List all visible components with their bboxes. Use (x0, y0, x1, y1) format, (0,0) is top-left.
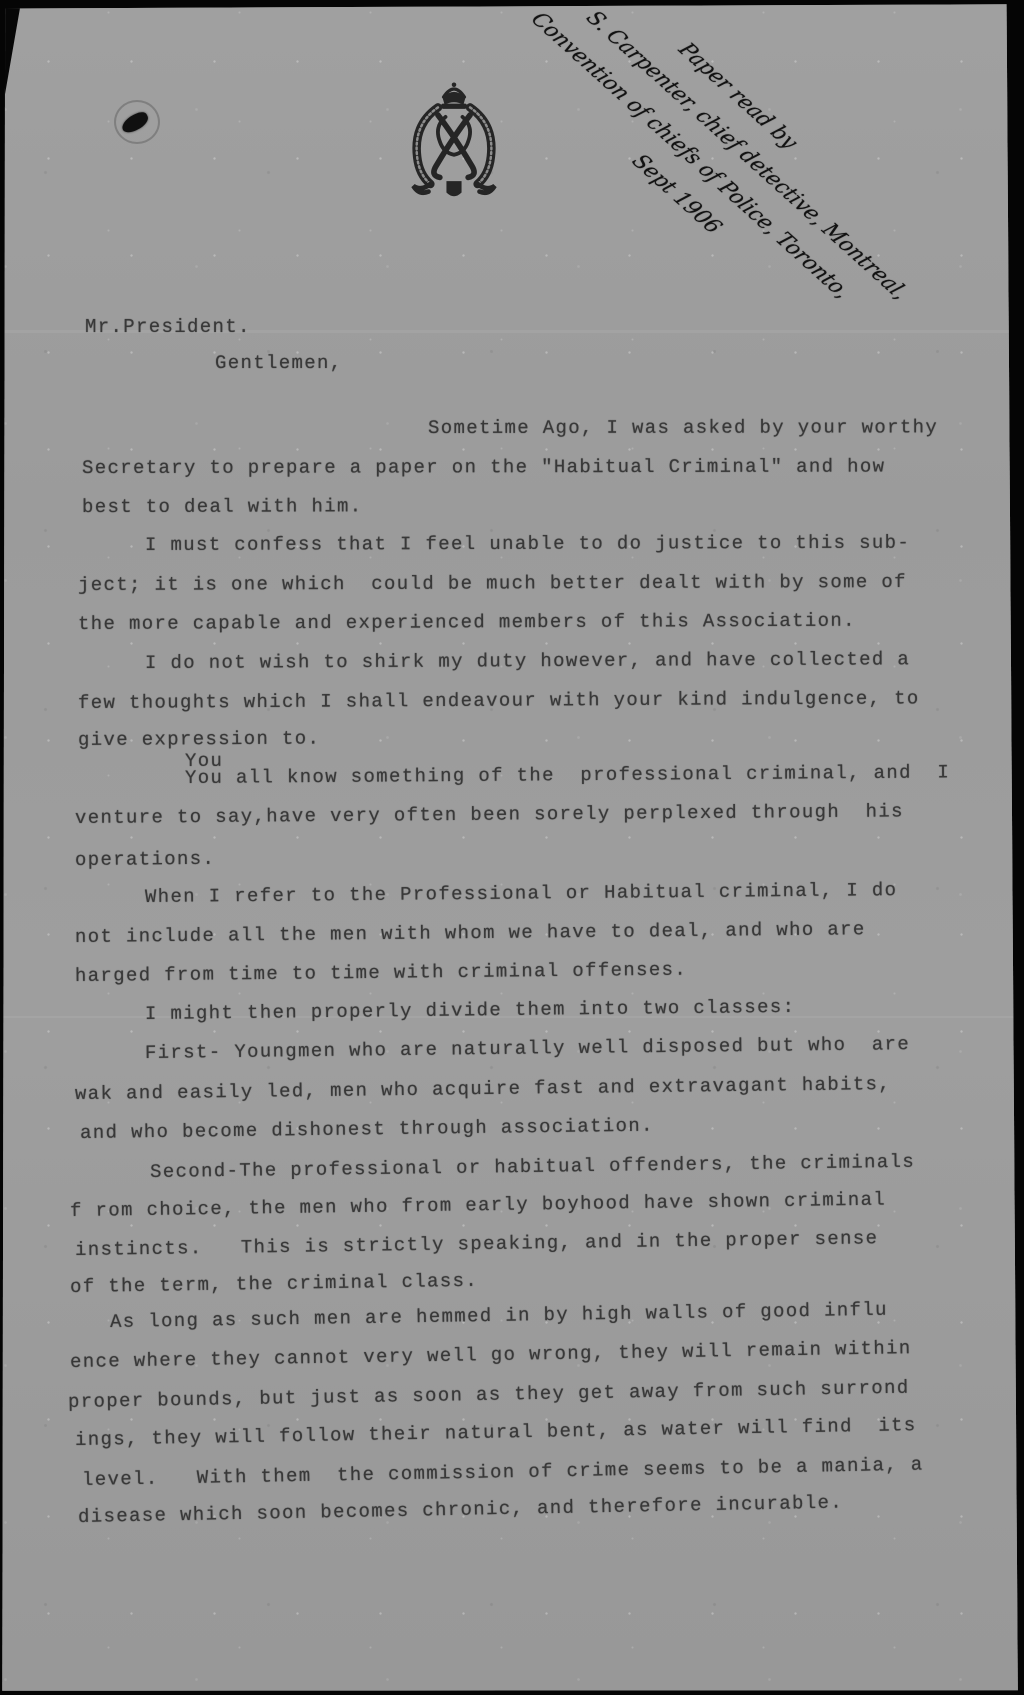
typed-line: As long as such men are hemmed in by hig… (110, 1299, 888, 1333)
typed-line: First- Youngmen who are naturally well d… (145, 1033, 910, 1064)
typed-line: give expression to. (78, 728, 320, 751)
typed-line: operations. (75, 848, 215, 871)
typed-line: proper bounds, but just as soon as they … (68, 1377, 910, 1413)
typed-line: disease which soon becomes chronic, and … (78, 1492, 843, 1528)
typed-line: f rom choice, the men who from early boy… (70, 1189, 886, 1222)
typed-line: not include all the men with whom we hav… (75, 918, 866, 948)
document-scan: Paper read byS. Carpenter, chief detecti… (0, 0, 1024, 1695)
typed-line: I must confess that I feel unable to do … (145, 532, 910, 556)
typed-line: venture to say,have very often been sore… (75, 800, 904, 829)
typed-line: Gentlemen, (215, 352, 343, 374)
typed-line: You all know something of the profession… (185, 761, 950, 789)
typed-line: level. With them the commission of crime… (82, 1454, 924, 1491)
typed-line: instincts. This is strictly speaking, an… (75, 1227, 879, 1261)
typed-line: ject; it is one which could be much bett… (78, 571, 907, 596)
typed-line: of the term, the criminal class. (70, 1270, 478, 1298)
typed-line: ence where they cannot very well go wron… (70, 1337, 912, 1373)
typed-line: Second-The professional or habitual offe… (150, 1151, 915, 1183)
paper: Paper read byS. Carpenter, chief detecti… (0, 0, 1024, 1695)
typed-line: harged from time to time with criminal o… (75, 959, 687, 987)
typed-line: best to deal with him. (82, 495, 363, 518)
typed-line: and who become dishonest through associa… (80, 1115, 654, 1144)
typed-line: wak and easily led, men who acquire fast… (75, 1073, 891, 1105)
typed-line: Mr.President. (85, 316, 251, 338)
typed-letter-body: Mr.President.Gentlemen,Sometime Ago, I w… (0, 0, 1024, 1695)
typed-line: Secretary to prepare a paper on the "Hab… (82, 456, 885, 479)
typed-line: Sometime Ago, I was asked by your worthy (428, 416, 938, 439)
typed-line: few thoughts which I shall endeavour wit… (78, 687, 920, 714)
typed-line: ings, they will follow their natural ben… (75, 1414, 917, 1451)
typed-line: the more capable and experienced members… (78, 610, 856, 635)
typed-line: I might then properly divide them into t… (145, 996, 796, 1025)
typed-line: I do not wish to shirk my duty however, … (145, 648, 910, 674)
typed-line: When I refer to the Professional or Habi… (145, 879, 898, 908)
